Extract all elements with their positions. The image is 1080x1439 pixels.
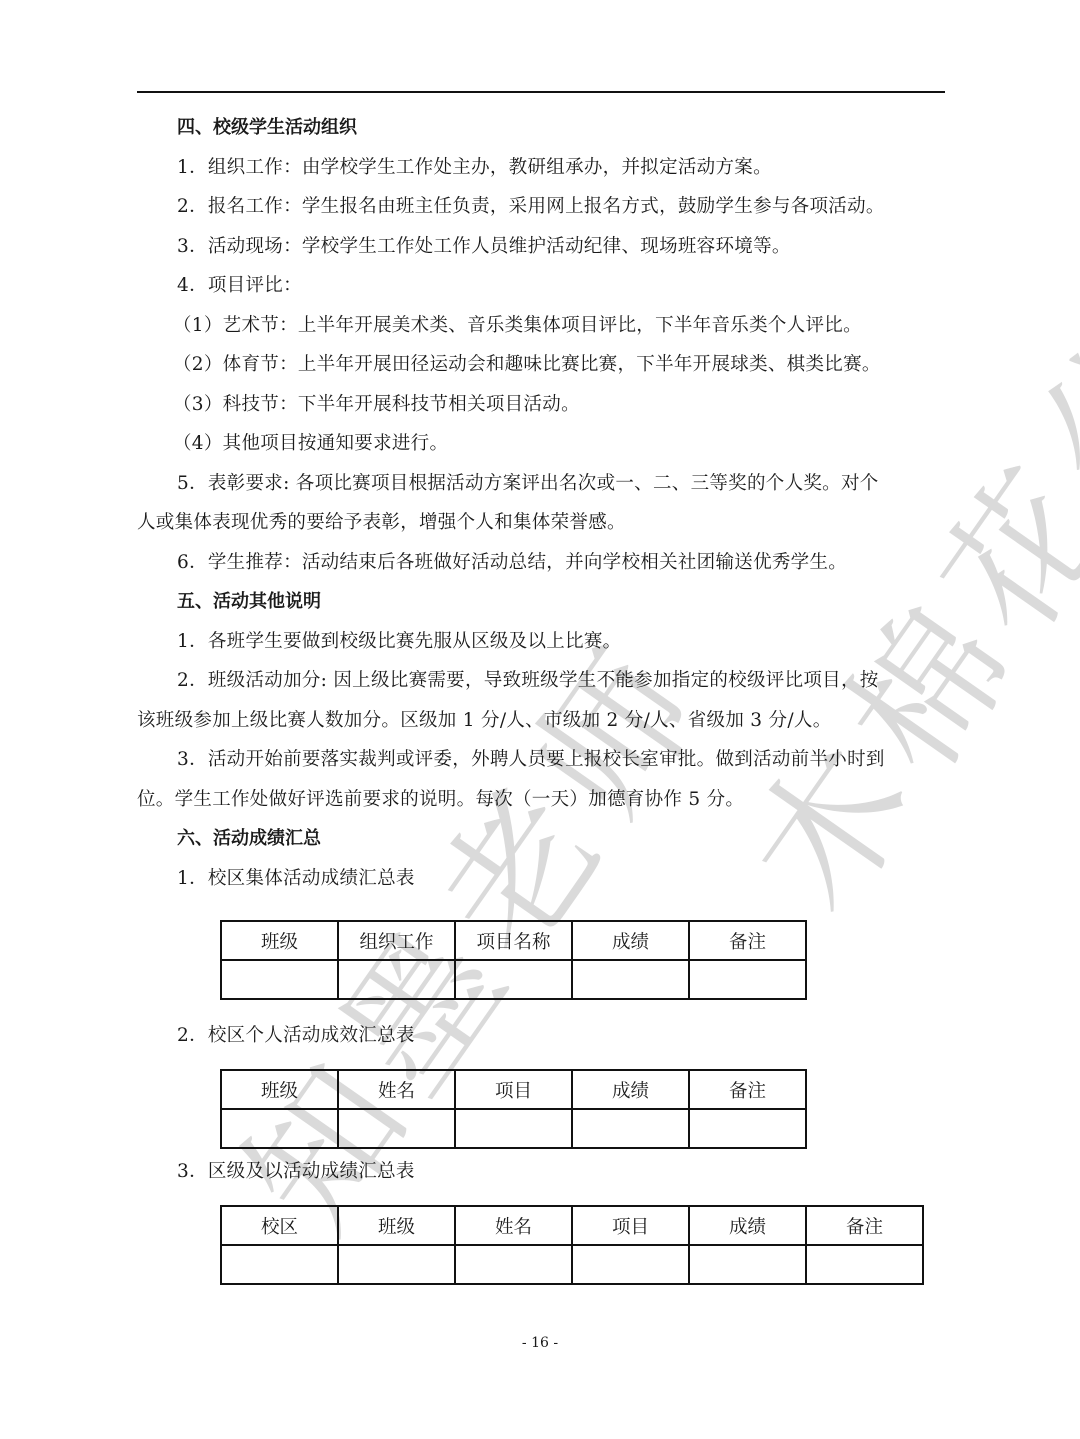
table-header-cell: 班级 <box>338 1206 455 1245</box>
table-cell <box>689 1245 806 1284</box>
sub-item: （4）其他项目按通知要求进行。 <box>137 424 945 464</box>
table-cell <box>689 960 806 999</box>
paragraph: 2．班级活动加分: 因上级比赛需要，导致班级学生不能参加指定的校级评比项目，按 <box>137 661 945 701</box>
table-row <box>221 960 806 999</box>
table-caption: 3．区级及以活动成绩汇总表 <box>177 1152 415 1192</box>
table-header-cell: 姓名 <box>455 1206 572 1245</box>
table-header-cell: 项目名称 <box>455 921 572 960</box>
table-header-cell: 备注 <box>689 921 806 960</box>
table-header-cell: 备注 <box>689 1070 806 1109</box>
table-cell <box>806 1245 923 1284</box>
table-cell <box>221 1245 338 1284</box>
paragraph: 2．报名工作：学生报名由班主任负责，采用网上报名方式，鼓励学生参与各项活动。 <box>137 187 945 227</box>
paragraph-continuation: 人或集体表现优秀的要给予表彰，增强个人和集体荣誉感。 <box>137 503 945 543</box>
section-heading: 六、活动成绩汇总 <box>137 819 945 859</box>
header-rule <box>137 91 945 93</box>
table-header-row: 班级 姓名 项目 成绩 备注 <box>221 1070 806 1109</box>
table-cell <box>221 1109 338 1148</box>
table-header-cell: 成绩 <box>572 921 689 960</box>
paragraph: 1．组织工作：由学校学生工作处主办，教研组承办，并拟定活动方案。 <box>137 148 945 188</box>
paragraph: 4．项目评比： <box>137 266 945 306</box>
paragraph: 1．各班学生要做到校级比赛先服从区级及以上比赛。 <box>137 622 945 662</box>
paragraph-continuation: 该班级参加上级比赛人数加分。区级加 1 分/人、市级加 2 分/人、省级加 3 … <box>137 701 945 741</box>
table-header-cell: 项目 <box>455 1070 572 1109</box>
sub-item: （2）体育节：上半年开展田径运动会和趣味比赛比赛，下半年开展球类、棋类比赛。 <box>137 345 945 385</box>
paragraph-continuation: 位。学生工作处做好评选前要求的说明。每次（一天）加德育协作 5 分。 <box>137 780 945 820</box>
table-cell <box>572 1109 689 1148</box>
table-header-cell: 班级 <box>221 921 338 960</box>
paragraph: 5．表彰要求: 各项比赛项目根据活动方案评出名次或一、二、三等奖的个人奖。对个 <box>137 464 945 504</box>
table-cell <box>572 1245 689 1284</box>
section-heading: 五、活动其他说明 <box>137 582 945 622</box>
sub-item: （1）艺术节：上半年开展美术类、音乐类集体项目评比，下半年音乐类个人评比。 <box>137 306 945 346</box>
table-caption: 1．校区集体活动成绩汇总表 <box>137 859 945 899</box>
table-cell <box>572 960 689 999</box>
individual-results-table: 班级 姓名 项目 成绩 备注 <box>220 1069 807 1149</box>
table-header-cell: 项目 <box>572 1206 689 1245</box>
table-header-cell: 班级 <box>221 1070 338 1109</box>
table-header-row: 班级 组织工作 项目名称 成绩 备注 <box>221 921 806 960</box>
paragraph: 6．学生推荐：活动结束后各班做好活动总结，并向学校相关社团输送优秀学生。 <box>137 543 945 583</box>
table-caption: 2．校区个人活动成效汇总表 <box>177 1016 415 1056</box>
district-results-table: 校区 班级 姓名 项目 成绩 备注 <box>220 1205 924 1285</box>
table-cell <box>455 1245 572 1284</box>
table-cell <box>221 960 338 999</box>
table-header-cell: 组织工作 <box>338 921 455 960</box>
table-cell <box>338 1109 455 1148</box>
table-header-cell: 备注 <box>806 1206 923 1245</box>
table-row <box>221 1245 923 1284</box>
page-number: - 16 - <box>0 1335 1080 1351</box>
section-heading: 四、校级学生活动组织 <box>137 108 945 148</box>
table-cell <box>455 1109 572 1148</box>
collective-results-table: 班级 组织工作 项目名称 成绩 备注 <box>220 920 807 1000</box>
table-cell <box>338 1245 455 1284</box>
paragraph: 3．活动开始前要落实裁判或评委，外聘人员要上报校长室审批。做到活动前半小时到 <box>137 740 945 780</box>
table-header-cell: 姓名 <box>338 1070 455 1109</box>
table-header-cell: 成绩 <box>689 1206 806 1245</box>
table-cell <box>455 960 572 999</box>
table-header-cell: 成绩 <box>572 1070 689 1109</box>
table-header-cell: 校区 <box>221 1206 338 1245</box>
table-cell <box>338 960 455 999</box>
paragraph: 3．活动现场：学校学生工作处工作人员维护活动纪律、现场班容环境等。 <box>137 227 945 267</box>
sub-item: （3）科技节：下半年开展科技节相关项目活动。 <box>137 385 945 425</box>
table-row <box>221 1109 806 1148</box>
table-cell <box>689 1109 806 1148</box>
table-header-row: 校区 班级 姓名 项目 成绩 备注 <box>221 1206 923 1245</box>
document-body: 四、校级学生活动组织 1．组织工作：由学校学生工作处主办，教研组承办，并拟定活动… <box>137 108 945 898</box>
